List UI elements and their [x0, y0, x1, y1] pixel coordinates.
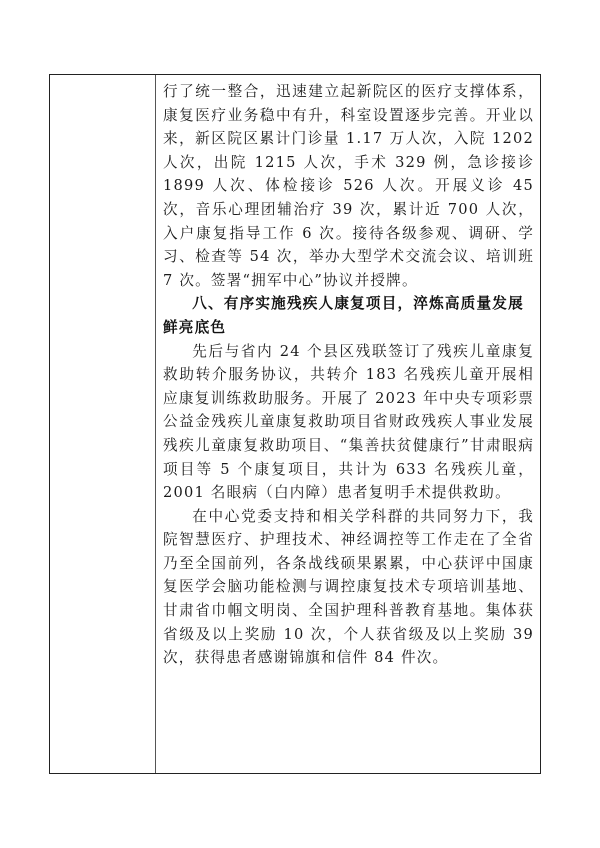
document-table: 行了统一整合，迅速建立起新院区的医疗支撑体系，康复医疗业务稳中有升，科室设置逐步…: [49, 74, 541, 774]
table-right-cell: 行了统一整合，迅速建立起新院区的医疗支撑体系，康复医疗业务稳中有升，科室设置逐步…: [156, 75, 540, 773]
paragraph-achievements: 在中心党委支持和相关学科群的共同努力下，我院智慧医疗、护理技术、神经调控等工作走…: [163, 505, 534, 670]
paragraph-rehab-projects: 先后与省内 24 个县区残联签订了残疾儿童康复救助转介服务协议，共转介 183 …: [163, 340, 534, 505]
section-heading-eight: 八、有序实施残疾人康复项目，淬炼高质量发展鲜亮底色: [163, 292, 534, 339]
table-left-cell: [50, 75, 156, 773]
paragraph-hospital-stats: 行了统一整合，迅速建立起新院区的医疗支撑体系，康复医疗业务稳中有升，科室设置逐步…: [163, 80, 534, 292]
